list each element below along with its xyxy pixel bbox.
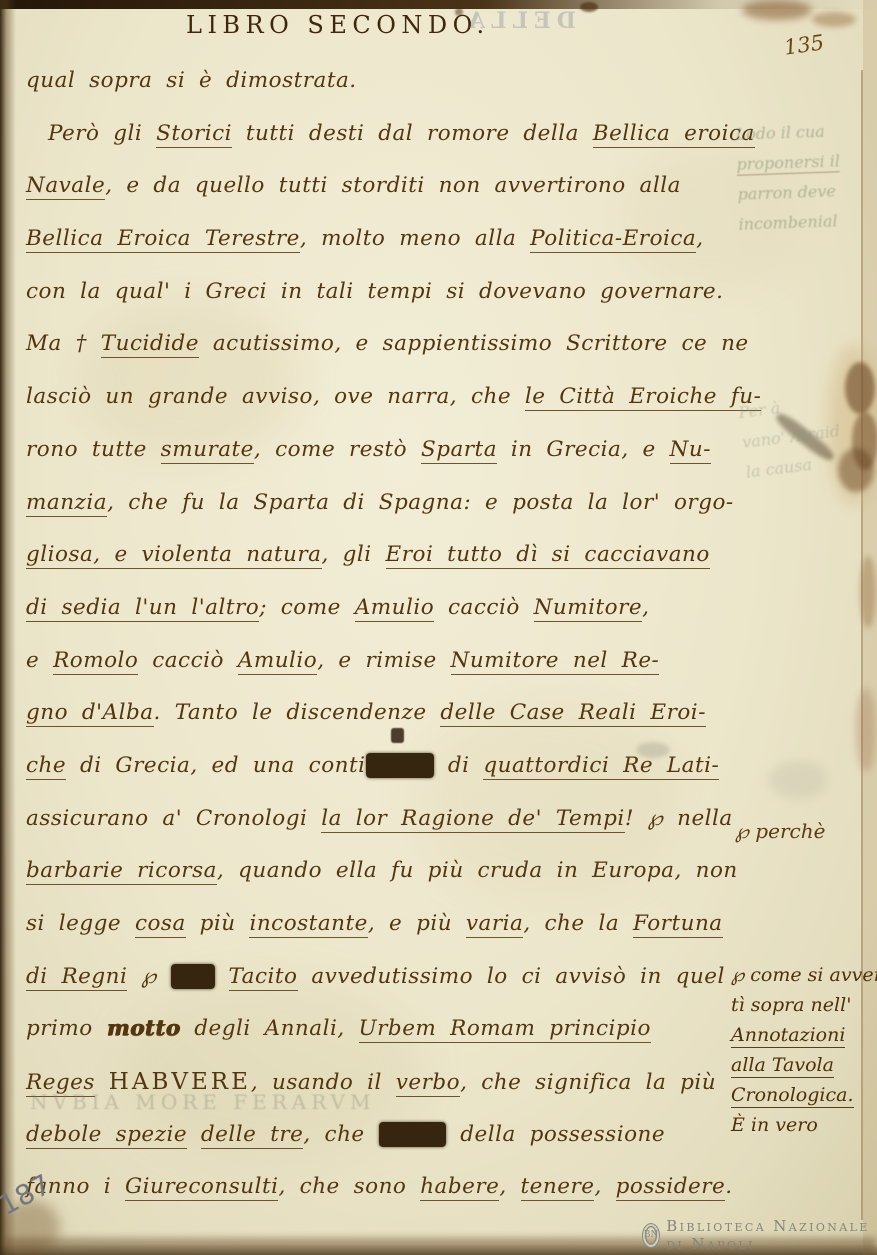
text-segment: Fortuna — [633, 911, 723, 938]
text-segment: habere — [420, 1174, 499, 1201]
text-segment: smurate — [161, 437, 254, 464]
text-segment — [215, 964, 229, 989]
text-segment: cacciò — [138, 648, 237, 673]
text-segment: , quando ella fu più cruda in Europa, no… — [217, 858, 738, 883]
text-segment: si legge — [26, 911, 135, 936]
text-segment: Per à — [737, 398, 781, 422]
text-segment: proponersi il — [736, 151, 840, 176]
smudge — [768, 760, 828, 800]
text-segment: gno d'Alba — [26, 700, 154, 727]
text-segment: , e rimise — [317, 648, 450, 673]
text-segment: Amulio — [355, 595, 434, 622]
text-segment: , — [696, 226, 703, 251]
text-segment: primo — [26, 1016, 107, 1041]
text-segment: parron deve — [737, 181, 836, 203]
manuscript-line: ℘ come si avver- — [731, 960, 877, 990]
text-segment: . Tanto le discendenze — [154, 700, 441, 725]
text-segment: Lodo il cua — [735, 122, 825, 144]
manuscript-line: che di Grecia, ed una continuata di quat… — [26, 740, 740, 793]
manuscript-line: alla Tavola — [731, 1050, 877, 1080]
text-segment: ! ℘ nella — [625, 806, 733, 831]
text-segment: che — [171, 964, 215, 989]
text-segment: . — [725, 1174, 732, 1199]
manuscript-line: gno d'Alba. Tanto le discendenze delle C… — [26, 687, 740, 740]
manuscript-line: Annotazioni — [731, 1020, 877, 1050]
manuscript-line: parron deve — [737, 176, 841, 210]
manuscript-line: Bellica Eroica Terestre, molto meno alla… — [26, 213, 740, 266]
text-segment: , che significa la più — [460, 1070, 716, 1095]
manuscript-line: Navale, e da quello tutti storditi non a… — [26, 160, 740, 213]
text-segment: Romolo — [53, 648, 138, 675]
text-segment: manzia — [26, 490, 107, 517]
manuscript-line: assicurano a' Cronologi la lor Ragione d… — [26, 793, 740, 846]
text-segment: , come restò — [254, 437, 421, 462]
margin-note-annotazioni: ℘ come si avver-tì sopra nell'Annotazion… — [731, 960, 877, 1140]
text-segment: Annotazioni — [731, 1024, 845, 1048]
text-segment: , e da quello tutti storditi non avverti… — [105, 173, 681, 198]
manuscript-body-text: qual sopra si è dimostrata.Però gli Stor… — [26, 55, 740, 1214]
manuscript-line: tì sopra nell' — [731, 990, 877, 1020]
text-segment: ℘ — [127, 964, 170, 989]
text-segment: la causa — [745, 455, 813, 482]
text-segment: incombenial — [738, 211, 838, 233]
text-segment: , che fu la Sparta di Spagna: e posta la… — [107, 490, 734, 515]
text-segment: , che — [303, 1122, 378, 1147]
text-segment: , — [499, 1174, 520, 1199]
text-segment: Storici — [156, 121, 232, 148]
library-watermark-label: Biblioteca Nazionale di Napoli — [666, 1217, 877, 1253]
text-segment: , gli — [322, 542, 386, 567]
manuscript-line: lasciò un grande avviso, ove narra, che … — [26, 371, 740, 424]
manuscript-line: con la qual' i Greci in tali tempi si do… — [26, 266, 740, 319]
text-segment: barbarie ricorsa — [26, 858, 217, 885]
text-segment: Tucidide — [101, 331, 199, 358]
text-segment: la lor Ragione de' Tempi — [321, 806, 625, 833]
text-segment: alla Tavola — [731, 1054, 834, 1078]
text-segment: cacciò — [434, 595, 533, 620]
text-segment: fanno — [379, 1122, 447, 1147]
text-segment: di Regni — [26, 964, 127, 991]
text-segment: di — [434, 753, 483, 778]
manuscript-line: rono tutte smurate, come restò Sparta in… — [26, 424, 740, 477]
page-title: LIBRO SECONDO. — [186, 11, 490, 39]
manuscript-line: debole spezie delle tre, che fanno della… — [26, 1109, 740, 1162]
stain — [812, 12, 856, 27]
text-segment: Politica-Eroica — [530, 226, 696, 253]
text-segment: tenere — [521, 1174, 595, 1201]
text-segment: di sedia l'un l'altro — [26, 595, 259, 622]
text-segment: Cronologica. — [731, 1084, 854, 1108]
page-number: 135 — [783, 30, 826, 59]
text-segment: incostante — [249, 911, 367, 938]
text-segment: le Città Eroiche fu- — [525, 384, 762, 411]
text-segment: Nu- — [670, 437, 711, 464]
bleedthrough-header-text: DELLA — [462, 8, 576, 34]
bleedthrough-caps-text: NVBIA MORE FERARVM — [30, 1090, 375, 1114]
text-segment: varia — [466, 911, 523, 938]
manuscript-line: proponersi il — [736, 146, 840, 180]
manuscript-line: di Regni ℘ che Tacito avvedutissimo lo c… — [26, 951, 740, 1004]
text-segment: con la qual' i Greci in tali tempi si do… — [26, 279, 723, 304]
manuscript-line: e Romolo cacciò Amulio, e rimise Numitor… — [26, 635, 740, 688]
text-segment: degli Annali, — [180, 1016, 358, 1041]
manuscript-line: Cronologica. — [731, 1080, 877, 1110]
text-segment: vano' Atraid — [741, 421, 841, 452]
text-segment: Ma † — [26, 331, 101, 356]
manuscript-line: si legge cosa più incostante, e più vari… — [26, 898, 740, 951]
margin-note-top-faint: Lodo il cuaproponersi ilparron deveincom… — [735, 116, 843, 240]
text-segment: motto — [107, 1016, 181, 1041]
text-segment: Tacito — [229, 964, 298, 991]
text-segment: gliosa, e violenta natura — [26, 542, 322, 569]
text-segment: È in vero — [731, 1114, 818, 1136]
text-segment: Numitore — [534, 595, 643, 622]
text-segment: delle tre — [201, 1122, 303, 1149]
text-segment: che — [26, 753, 66, 780]
text-segment: Eroi tutto dì si cacciavano — [386, 542, 710, 569]
text-segment: nuata — [366, 753, 434, 778]
margin-note-mid-faint: Per àvano' Atraidla causa — [737, 386, 845, 487]
text-segment: in Grecia, e — [497, 437, 670, 462]
text-segment: , — [594, 1174, 615, 1199]
manuscript-page-scan: LIBRO SECONDO. DELLA 135 qual sopra si è… — [0, 0, 877, 1255]
text-segment: Numitore nel Re- — [451, 648, 660, 675]
text-segment: delle Case Reali Eroi- — [440, 700, 706, 727]
text-segment: Bellica eroica — [593, 121, 755, 148]
manuscript-line: fanno i Giureconsulti, che sono habere, … — [26, 1161, 740, 1214]
library-watermark: BN Biblioteca Nazionale di Napoli — [642, 1217, 877, 1253]
text-segment: , e più — [368, 911, 466, 936]
text-segment: Però gli — [48, 121, 156, 146]
manuscript-line: gliosa, e violenta natura, gli Eroi tutt… — [26, 529, 740, 582]
manuscript-line: Ma † Tucidide acutissimo, e sappientissi… — [26, 318, 740, 371]
manuscript-line: Lodo il cua — [735, 116, 839, 150]
text-segment: , che la — [523, 911, 633, 936]
text-segment: acutissimo, e sappientissimo Scrittore c… — [199, 331, 749, 356]
manuscript-line: È in vero — [731, 1110, 877, 1140]
text-segment: quattordici Re Lati- — [483, 753, 719, 780]
text-segment: Sparta — [421, 437, 497, 464]
text-segment: possidere — [616, 1174, 726, 1201]
text-segment: tutti desti dal romore della — [232, 121, 593, 146]
text-segment: , che sono — [278, 1174, 420, 1199]
text-segment: avvedutissimo lo ci avvisò in quel — [298, 964, 725, 989]
manuscript-line: qual sopra si è dimostrata. — [26, 55, 740, 108]
text-segment: rono tutte — [26, 437, 161, 462]
manuscript-line: ℘ perchè — [735, 816, 825, 846]
text-segment: più — [186, 911, 250, 936]
text-segment: , molto meno alla — [300, 226, 530, 251]
manuscript-line: barbarie ricorsa, quando ella fu più cru… — [26, 845, 740, 898]
text-segment: debole spezie — [26, 1122, 187, 1149]
text-segment: cosa — [135, 911, 186, 938]
text-segment: ℘ come si avver- — [731, 964, 877, 986]
text-segment: Navale — [26, 173, 105, 200]
binding-edge — [0, 0, 16, 1255]
text-segment: e — [26, 648, 53, 673]
margin-note-perche: ℘ perchè — [735, 816, 825, 846]
text-segment: ; come — [259, 595, 355, 620]
text-segment: ℘ perchè — [735, 819, 825, 843]
manuscript-line: primo motto degli Annali, Urbem Romam pr… — [26, 1003, 740, 1056]
text-segment: di Grecia, ed una conti — [66, 753, 365, 778]
text-segment: tì sopra nell' — [731, 994, 851, 1016]
text-segment: Bellica Eroica Terestre — [26, 226, 300, 253]
text-segment: lasciò un grande avviso, ove narra, che — [26, 384, 525, 409]
text-segment: , — [642, 595, 649, 620]
library-monogram-icon: BN — [642, 1223, 660, 1248]
manuscript-line: incombenial — [738, 206, 842, 240]
manuscript-line: Però gli Storici tutti desti dal romore … — [26, 108, 740, 161]
text-segment: della possessione — [446, 1122, 665, 1147]
text-segment: Giureconsulti — [125, 1174, 279, 1201]
text-segment: Urbem Romam principio — [359, 1016, 651, 1043]
text-segment: qual sopra si è dimostrata. — [26, 68, 357, 93]
manuscript-line: manzia, che fu la Sparta di Spagna: e po… — [26, 477, 740, 530]
page-top-edge — [0, 0, 877, 9]
text-segment: verbo — [396, 1070, 460, 1097]
text-segment — [187, 1122, 201, 1147]
manuscript-line: di sedia l'un l'altro; come Amulio cacci… — [26, 582, 740, 635]
text-segment: assicurano a' Cronologi — [26, 806, 321, 831]
text-segment: Amulio — [238, 648, 317, 675]
